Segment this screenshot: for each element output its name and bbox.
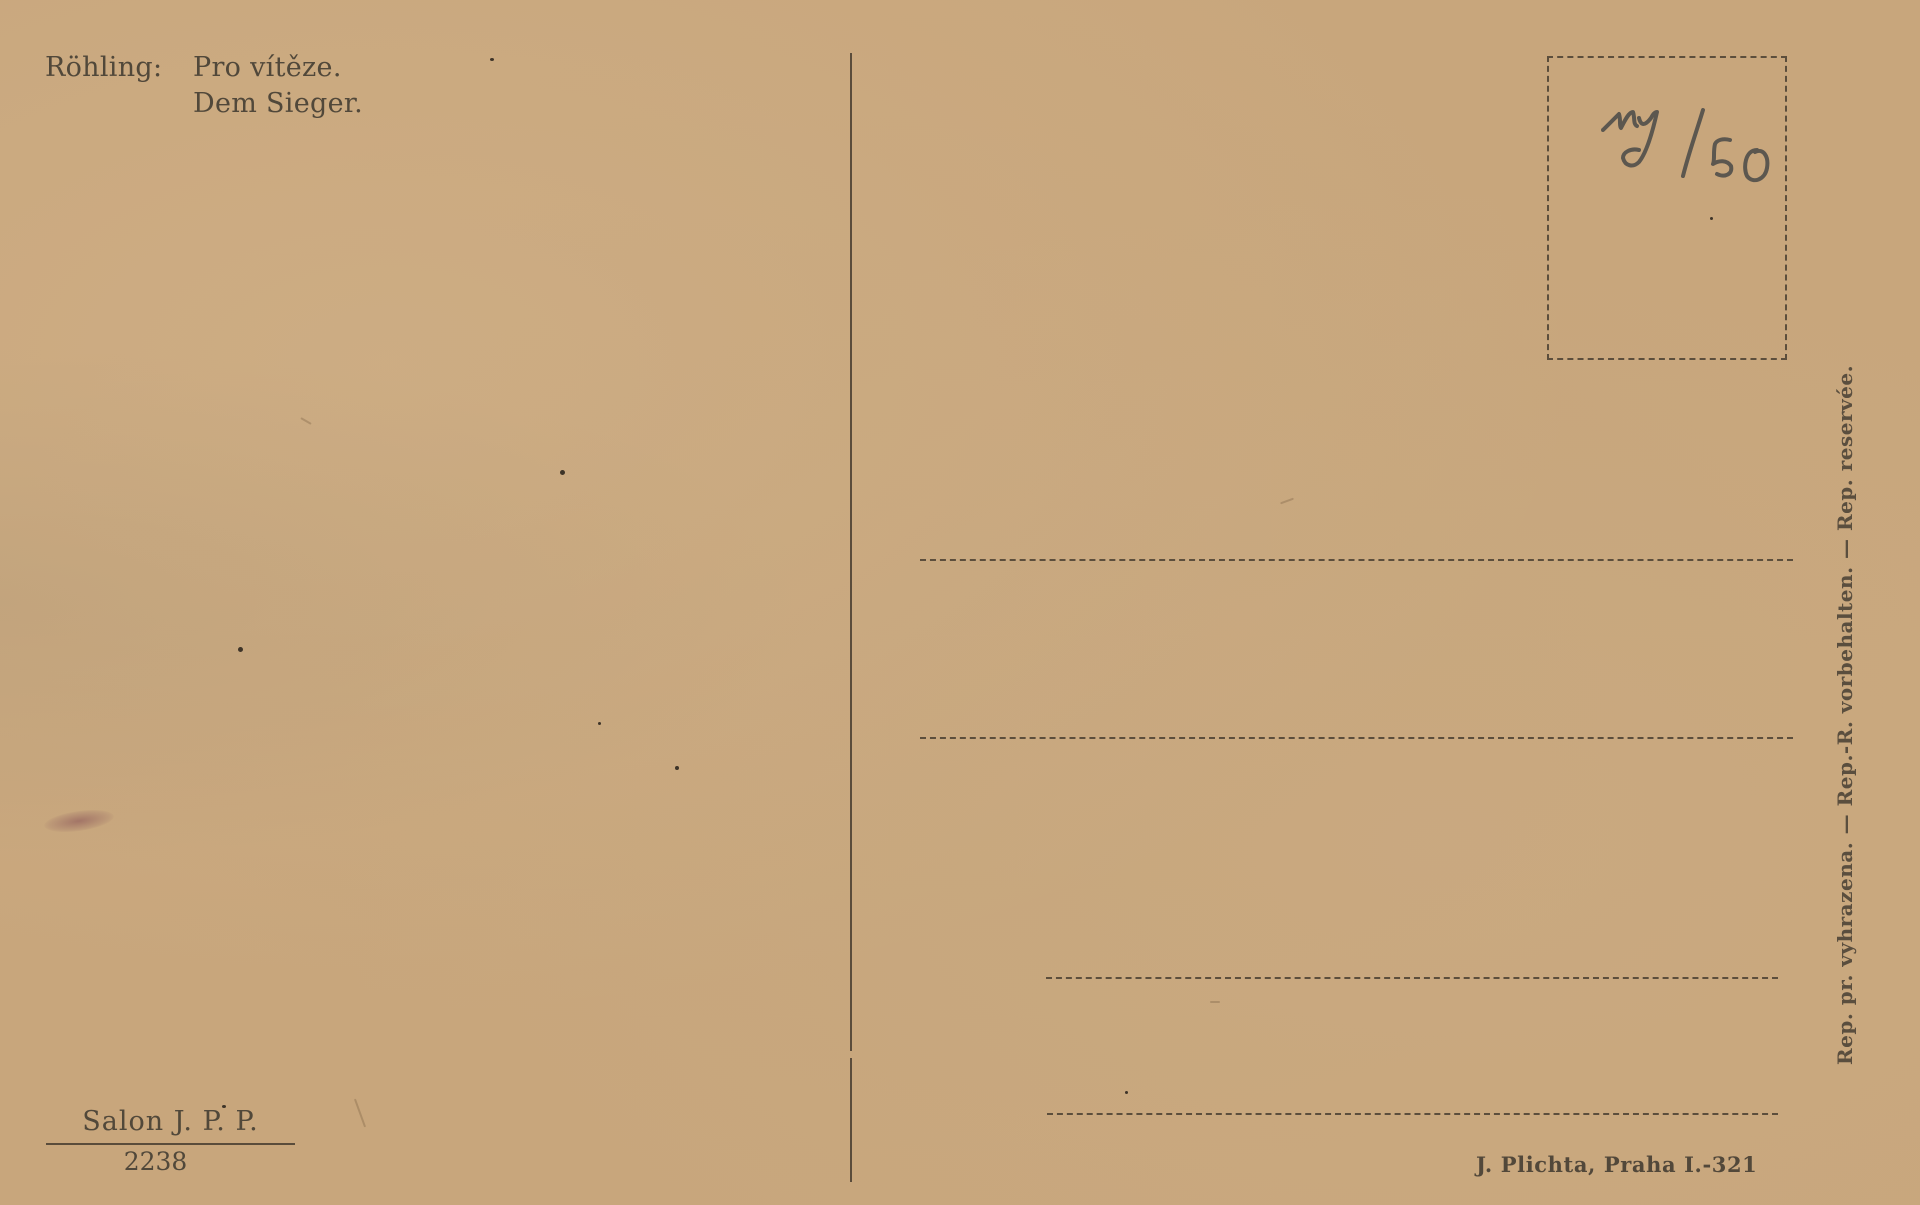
postcard-back: Röhling:Pro vítěze. Dem Sieger. ny/50 Re… (0, 0, 1920, 1205)
series-number: 2238 (46, 1145, 295, 1179)
address-line-1 (920, 559, 1793, 561)
address-line-3 (1046, 977, 1778, 979)
series-label: Salon J. P. P. 2238 (46, 1105, 295, 1179)
paper-fiber (300, 417, 311, 425)
center-divider-line (850, 53, 852, 1051)
paper-fiber (1210, 1001, 1220, 1003)
paper-speck (598, 722, 601, 725)
paper-speck (560, 470, 565, 475)
address-line-4 (1047, 1113, 1778, 1115)
address-line-2 (920, 737, 1793, 739)
paper-speck (675, 766, 679, 770)
paper-speck (1125, 1091, 1128, 1094)
series-name: Salon J. P. P. (46, 1105, 295, 1145)
paper-fiber (1280, 498, 1294, 505)
publisher-imprint: J. Plichta, Praha I.-321 (1476, 1152, 1757, 1177)
title-german: Dem Sieger. (193, 88, 363, 119)
pencil-annotation: ny/50 (1595, 90, 1785, 190)
paper-speck (490, 58, 494, 61)
title-czech: Pro vítěze. (193, 52, 342, 83)
paper-fiber (354, 1099, 366, 1128)
card-caption: Röhling:Pro vítěze. Dem Sieger. (45, 50, 363, 122)
pink-stain (43, 806, 115, 836)
artist-name: Röhling: (45, 50, 193, 86)
center-divider-line-lower (850, 1058, 852, 1182)
paper-speck (238, 647, 243, 652)
rights-notice: Rep. pr. vyhrazena. — Rep.-R. vorbehalte… (1833, 365, 1857, 1065)
